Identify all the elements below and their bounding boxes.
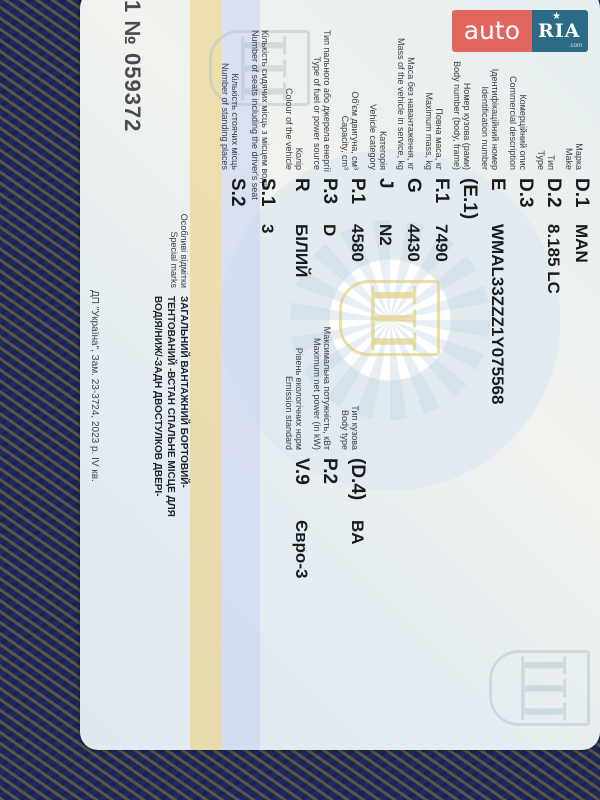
special-marks-line: ВОДІЯ/НИЖ/-ЗАДН ДВОСТУЛКОВ ДВЕРІ- xyxy=(151,296,164,517)
field-value: WMAL33ZZZ1Y075568 xyxy=(487,224,507,404)
field-row: КолірColour of the vehicleRБІЛИЙ xyxy=(284,30,312,277)
field-label: Повна маса, кгMaximum mass, kg xyxy=(424,30,444,170)
right-field-row: Максимальна потужність, кВтMaximum net p… xyxy=(312,320,340,520)
field-value: MAN xyxy=(571,224,591,263)
special-marks-section: Особливі відмітки Special marks ЗАГАЛЬНИ… xyxy=(151,188,190,517)
field-code: P.1 xyxy=(346,178,368,224)
field-row: Повна маса, кгMaximum mass, kgF.17490 xyxy=(424,30,452,262)
field-label: Максимальна потужність, кВтMaximum net p… xyxy=(312,320,332,450)
special-marks-label-ua: Особливі відмітки xyxy=(179,188,189,288)
field-code: P.2 xyxy=(318,458,340,520)
registration-certificate: МаркаMakeD.1MANТипTypeD.28.185 LCКомерці… xyxy=(80,0,600,750)
field-row: ТипTypeD.28.185 LC xyxy=(536,30,564,294)
field-label: Маса без навантаження, кгMass of the veh… xyxy=(396,30,416,170)
field-code: V.9 xyxy=(290,458,312,520)
field-value: D xyxy=(319,224,339,236)
field-label: Кількість сидячих місць з місцем водіяNu… xyxy=(250,30,270,170)
field-code: F.1 xyxy=(430,178,452,224)
printer-footer: ДП "Україна", Зам. 23-3724, 2023 р. IV к… xyxy=(89,290,100,482)
field-code: J xyxy=(374,178,396,224)
right-field-row: Рівень екологічних нормEmission standard… xyxy=(284,320,312,578)
field-row: Об'єм двигуна, см³Capacity, cm³P.14580 xyxy=(340,30,368,262)
field-value: БІЛИЙ xyxy=(291,224,311,277)
watermark-auto: auto xyxy=(452,10,532,52)
right-field-row: Тип кузоваBody type(D.4)BA xyxy=(340,320,368,545)
field-code: D.1 xyxy=(570,178,592,224)
field-code: G xyxy=(402,178,424,224)
field-label: КатегоріяVehicle category xyxy=(368,30,388,170)
field-code: P.3 xyxy=(318,178,340,224)
serial-number: 1 № 059372 xyxy=(119,0,145,132)
trident-watermark-icon xyxy=(489,650,590,726)
field-code: R xyxy=(290,178,312,224)
field-code: (D.4) xyxy=(346,458,368,520)
field-row: Кількість стоячих місцьNumber of standin… xyxy=(220,30,248,224)
special-marks-line: ЗАГАЛЬНИЙ ВАНТАЖНИЙ БОРТОВИЙ- xyxy=(177,296,190,517)
field-value: 4580 xyxy=(347,224,367,262)
field-code: E xyxy=(486,178,508,224)
field-row: Ідентифікаційний номерIdentification num… xyxy=(480,30,508,404)
field-row: МаркаMakeD.1MAN xyxy=(564,30,592,263)
special-marks-line: ТЕНТОВАНИЙ -ВСТАН СПАЛЬНЕ МІСЦЕ ДЛЯ xyxy=(164,296,177,517)
field-value: 3 xyxy=(257,224,277,233)
field-label: Об'єм двигуна, см³Capacity, cm³ xyxy=(340,30,360,170)
field-value: 7490 xyxy=(431,224,451,262)
field-row: Комерційний описCommercial descriptionD.… xyxy=(508,30,536,224)
field-row: Тип пального або джерела енергіїType of … xyxy=(312,30,340,236)
field-value: 8.185 LC xyxy=(543,224,563,294)
field-label: Рівень екологічних нормEmission standard xyxy=(284,320,304,450)
field-label: Кількість стоячих місцьNumber of standin… xyxy=(220,30,240,170)
field-code: D.2 xyxy=(542,178,564,224)
field-code: D.3 xyxy=(514,178,536,224)
field-code: (E.1) xyxy=(458,178,480,224)
field-value: 4430 xyxy=(403,224,423,262)
field-code: S.1 xyxy=(256,178,278,224)
field-value: BA xyxy=(347,520,367,545)
field-label: Тип пального або джерела енергіїType of … xyxy=(312,30,332,170)
field-row: КатегоріяVehicle categoryJN2 xyxy=(368,30,396,246)
field-value: Євро-3 xyxy=(291,520,311,578)
special-marks-label-en: Special marks xyxy=(169,188,179,288)
field-row: Маса без навантаження, кгMass of the veh… xyxy=(396,30,424,262)
field-value: N2 xyxy=(375,224,395,246)
watermark-ria: ★ RIA .com xyxy=(532,10,588,52)
autoria-watermark: auto ★ RIA .com xyxy=(452,10,588,52)
field-row: Кількість сидячих місць з місцем водіяNu… xyxy=(250,30,278,233)
field-label: КолірColour of the vehicle xyxy=(284,30,304,170)
field-row: Номер кузова (рами)Body number (body, fr… xyxy=(452,30,480,224)
field-label: Тип кузоваBody type xyxy=(340,320,360,450)
field-code: S.2 xyxy=(226,178,248,224)
